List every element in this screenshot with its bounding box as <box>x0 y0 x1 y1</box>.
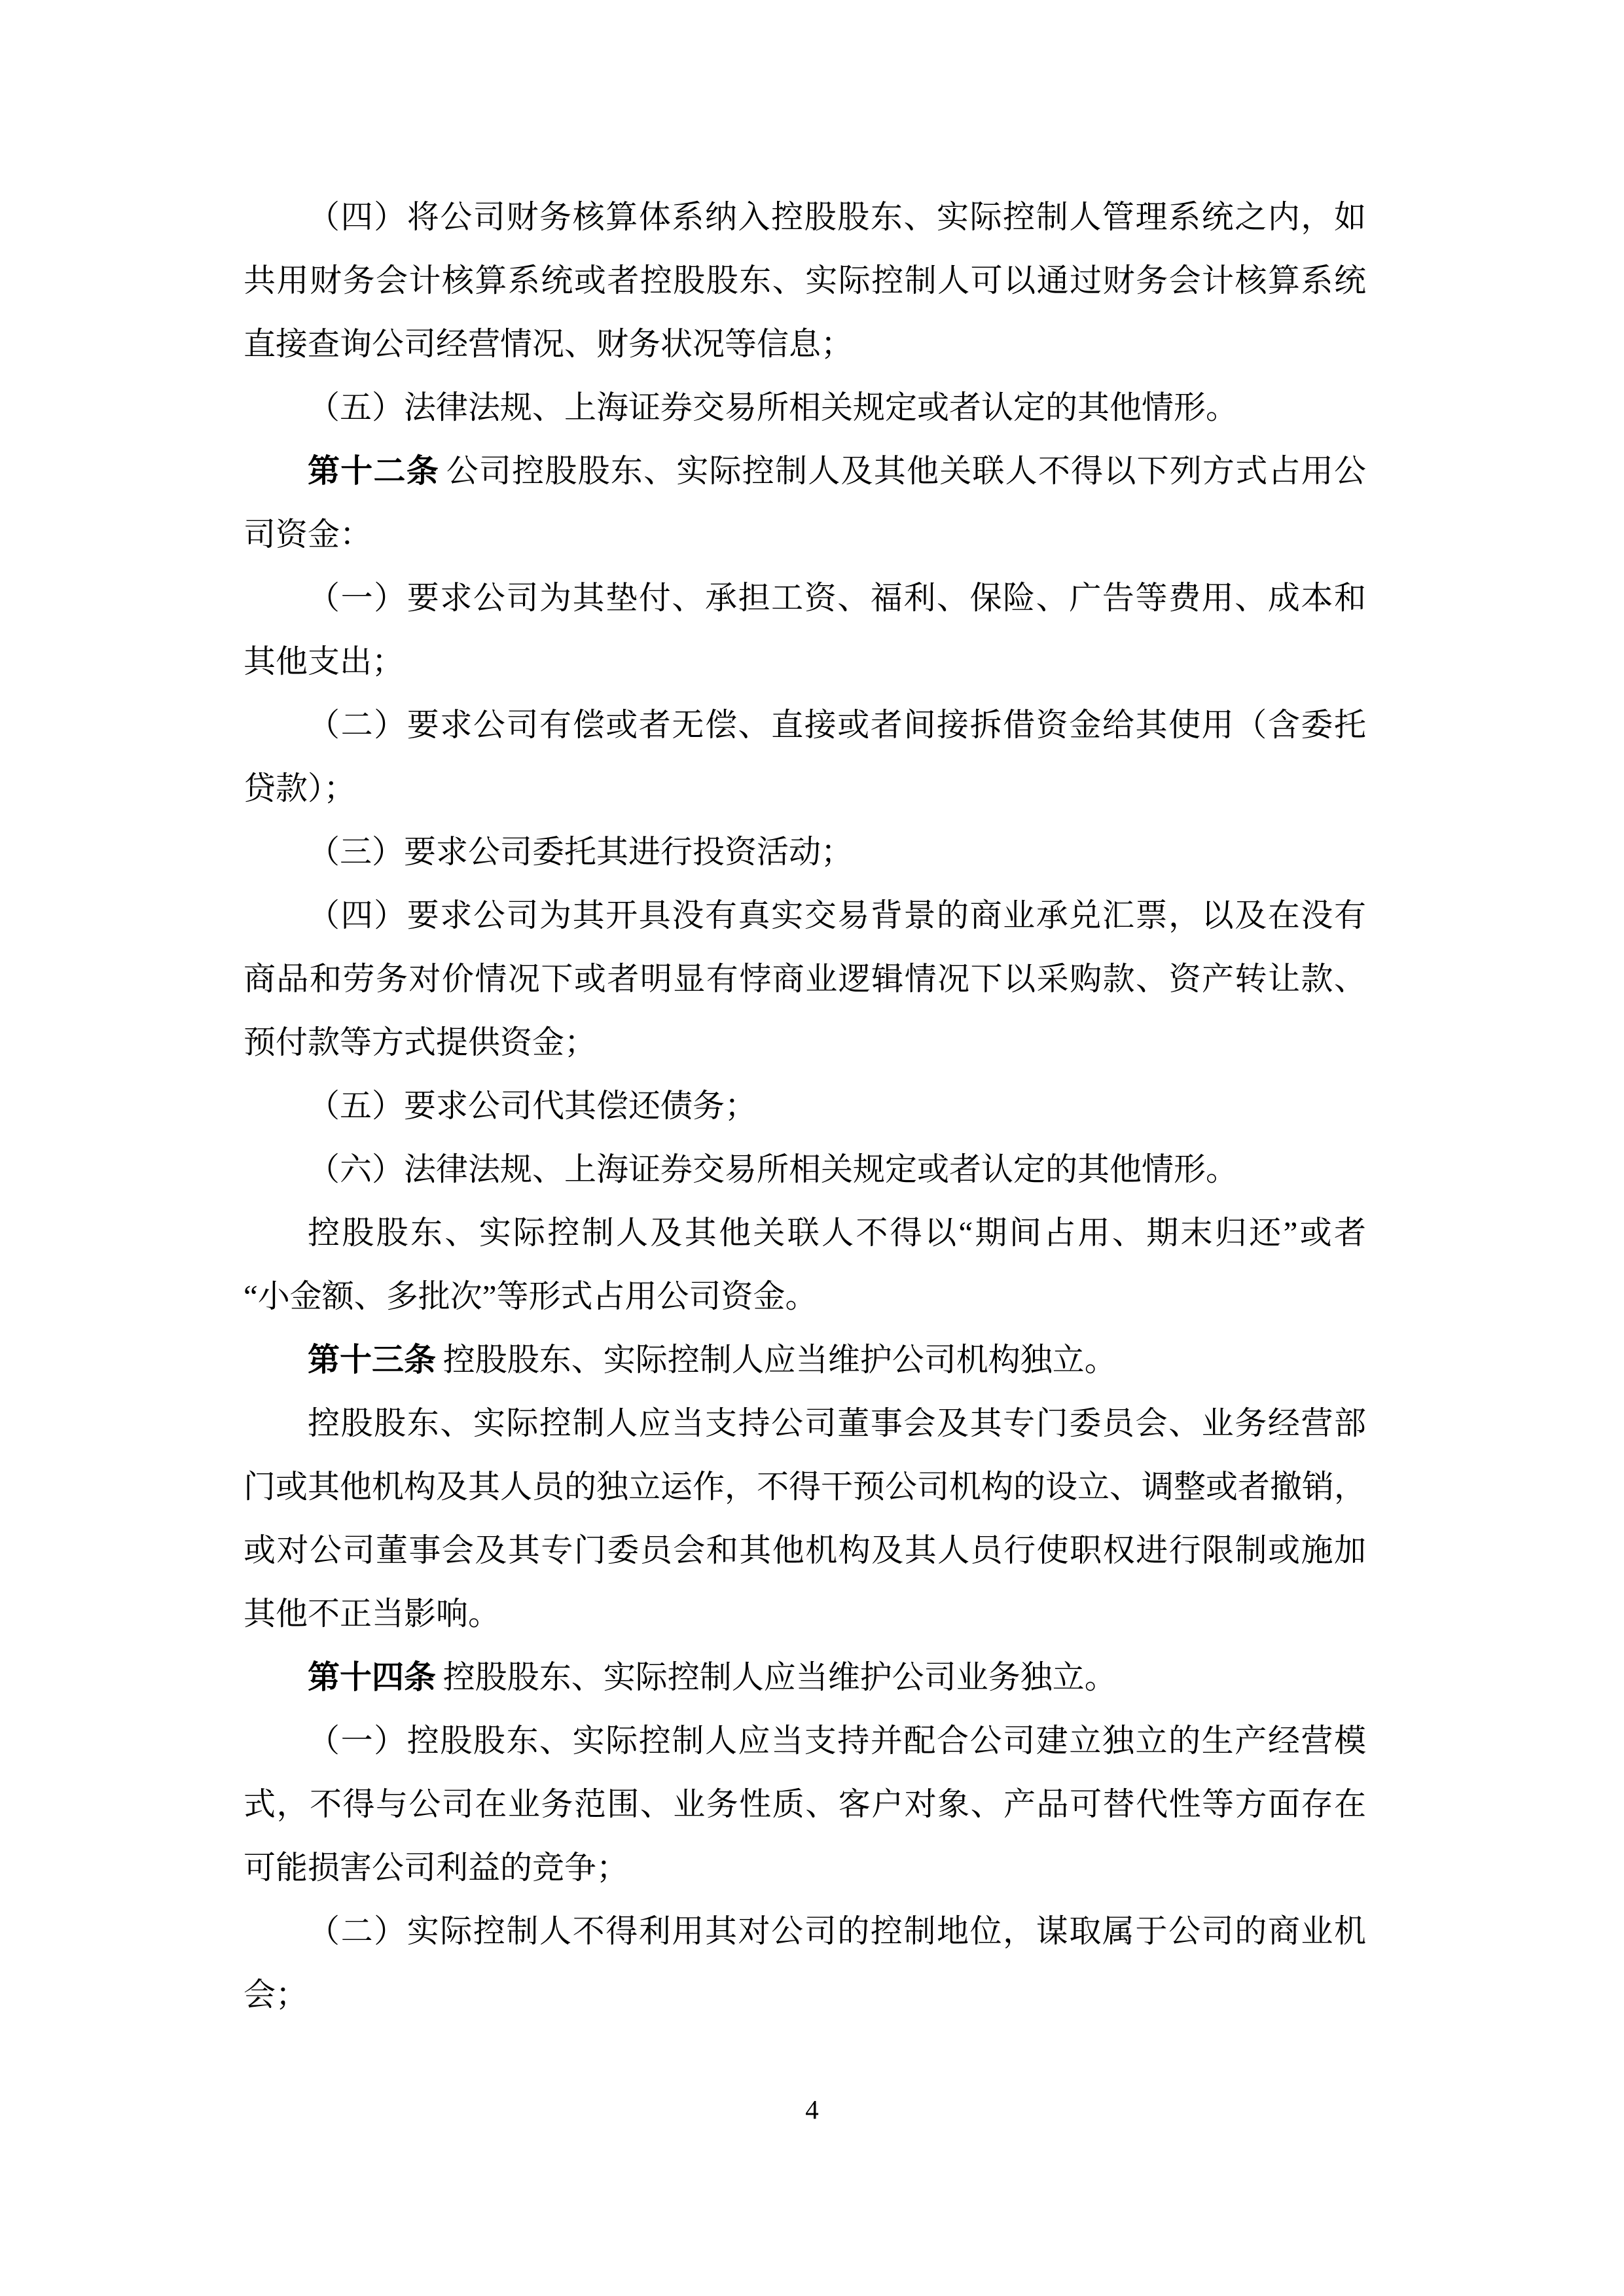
text-line: 控股股东、实际控制人及其他关联人不得以“期间占用、期末归还”或者 <box>244 1201 1366 1265</box>
text-line: 第十三条控股股东、实际控制人应当维护公司机构独立。 <box>244 1328 1366 1391</box>
text-line: 司资金： <box>244 503 1366 566</box>
line-text: （一）要求公司为其垫付、承担工资、福利、保险、广告等费用、成本和 <box>308 580 1366 616</box>
line-text: 直接查询公司经营情况、财务状况等信息； <box>244 326 853 362</box>
line-text: 会； <box>244 1977 308 2013</box>
text-line: 商品和劳务对价情况下或者明显有悖商业逻辑情况下以采购款、资产转让款、 <box>244 947 1366 1011</box>
article-number: 第十二条 <box>308 453 439 489</box>
line-text: （三）要求公司委托其进行投资活动； <box>308 834 853 870</box>
line-text: 公司控股股东、实际控制人及其他关联人不得以下列方式占用公 <box>446 453 1366 489</box>
line-text: （四）将公司财务核算体系纳入控股股东、实际控制人管理系统之内，如 <box>308 199 1366 235</box>
line-text: 司资金： <box>244 516 372 552</box>
text-line: 共用财务会计核算系统或者控股股东、实际控制人可以通过财务会计核算系统 <box>244 249 1366 312</box>
line-text: （五）要求公司代其偿还债务； <box>308 1088 757 1124</box>
text-line: （一）控股股东、实际控制人应当支持并配合公司建立独立的生产经营模 <box>244 1709 1366 1772</box>
text-line: （五）要求公司代其偿还债务； <box>244 1074 1366 1138</box>
text-line: （四）要求公司为其开具没有真实交易背景的商业承兑汇票，以及在没有 <box>244 884 1366 947</box>
text-line: 可能损害公司利益的竞争； <box>244 1836 1366 1899</box>
article-number: 第十四条 <box>308 1659 436 1695</box>
line-text: （一）控股股东、实际控制人应当支持并配合公司建立独立的生产经营模 <box>308 1723 1366 1759</box>
text-line: （六）法律法规、上海证券交易所相关规定或者认定的其他情形。 <box>244 1138 1366 1201</box>
line-text: 式，不得与公司在业务范围、业务性质、客户对象、产品可替代性等方面存在 <box>244 1786 1366 1822</box>
line-text: “小金额、多批次”等形式占用公司资金。 <box>244 1278 818 1314</box>
text-line: 直接查询公司经营情况、财务状况等信息； <box>244 312 1366 376</box>
text-line: （一）要求公司为其垫付、承担工资、福利、保险、广告等费用、成本和 <box>244 566 1366 630</box>
page-number: 4 <box>0 2093 1624 2126</box>
line-text: 控股股东、实际控制人应当维护公司机构独立。 <box>443 1342 1117 1378</box>
document-page: （四）将公司财务核算体系纳入控股股东、实际控制人管理系统之内，如共用财务会计核算… <box>0 0 1624 2296</box>
text-line: 贷款）； <box>244 757 1366 820</box>
text-line: 其他支出； <box>244 630 1366 693</box>
line-text: （五）法律法规、上海证券交易所相关规定或者认定的其他情形。 <box>308 389 1238 425</box>
text-line: （五）法律法规、上海证券交易所相关规定或者认定的其他情形。 <box>244 376 1366 439</box>
text-line: 门或其他机构及其人员的独立运作，不得干预公司机构的设立、调整或者撤销， <box>244 1455 1366 1518</box>
line-text: 其他不正当影响。 <box>244 1596 500 1632</box>
text-line: （二）要求公司有偿或者无偿、直接或者间接拆借资金给其使用（含委托 <box>244 693 1366 757</box>
text-line: 第十四条控股股东、实际控制人应当维护公司业务独立。 <box>244 1645 1366 1709</box>
line-text: 或对公司董事会及其专门委员会和其他机构及其人员行使职权进行限制或施加 <box>244 1532 1366 1568</box>
line-text: 贷款）； <box>244 770 356 806</box>
text-line: （三）要求公司委托其进行投资活动； <box>244 820 1366 884</box>
line-text: 控股股东、实际控制人应当维护公司业务独立。 <box>443 1659 1117 1695</box>
line-text: 控股股东、实际控制人应当支持公司董事会及其专门委员会、业务经营部 <box>308 1405 1366 1441</box>
line-text: 可能损害公司利益的竞争； <box>244 1850 628 1886</box>
document-body: （四）将公司财务核算体系纳入控股股东、实际控制人管理系统之内，如共用财务会计核算… <box>244 185 1366 2026</box>
line-text: 预付款等方式提供资金； <box>244 1024 596 1060</box>
line-text: （六）法律法规、上海证券交易所相关规定或者认定的其他情形。 <box>308 1151 1238 1187</box>
text-line: 会； <box>244 1963 1366 2026</box>
text-line: 控股股东、实际控制人应当支持公司董事会及其专门委员会、业务经营部 <box>244 1391 1366 1455</box>
text-line: （二）实际控制人不得利用其对公司的控制地位，谋取属于公司的商业机 <box>244 1899 1366 1963</box>
text-line: 第十二条公司控股股东、实际控制人及其他关联人不得以下列方式占用公 <box>244 439 1366 503</box>
text-line: 其他不正当影响。 <box>244 1582 1366 1645</box>
text-line: 式，不得与公司在业务范围、业务性质、客户对象、产品可替代性等方面存在 <box>244 1772 1366 1836</box>
text-line: （四）将公司财务核算体系纳入控股股东、实际控制人管理系统之内，如 <box>244 185 1366 249</box>
line-text: 其他支出； <box>244 643 404 679</box>
line-text: （四）要求公司为其开具没有真实交易背景的商业承兑汇票，以及在没有 <box>308 897 1366 933</box>
line-text: 共用财务会计核算系统或者控股股东、实际控制人可以通过财务会计核算系统 <box>244 262 1366 298</box>
article-number: 第十三条 <box>308 1342 436 1378</box>
text-line: “小金额、多批次”等形式占用公司资金。 <box>244 1265 1366 1328</box>
line-text: 商品和劳务对价情况下或者明显有悖商业逻辑情况下以采购款、资产转让款、 <box>244 961 1366 997</box>
text-line: 预付款等方式提供资金； <box>244 1011 1366 1074</box>
line-text: （二）要求公司有偿或者无偿、直接或者间接拆借资金给其使用（含委托 <box>308 707 1366 743</box>
line-text: 控股股东、实际控制人及其他关联人不得以“期间占用、期末归还”或者 <box>308 1215 1366 1251</box>
text-line: 或对公司董事会及其专门委员会和其他机构及其人员行使职权进行限制或施加 <box>244 1518 1366 1582</box>
line-text: （二）实际控制人不得利用其对公司的控制地位，谋取属于公司的商业机 <box>308 1913 1366 1949</box>
line-text: 门或其他机构及其人员的独立运作，不得干预公司机构的设立、调整或者撤销， <box>244 1469 1366 1505</box>
